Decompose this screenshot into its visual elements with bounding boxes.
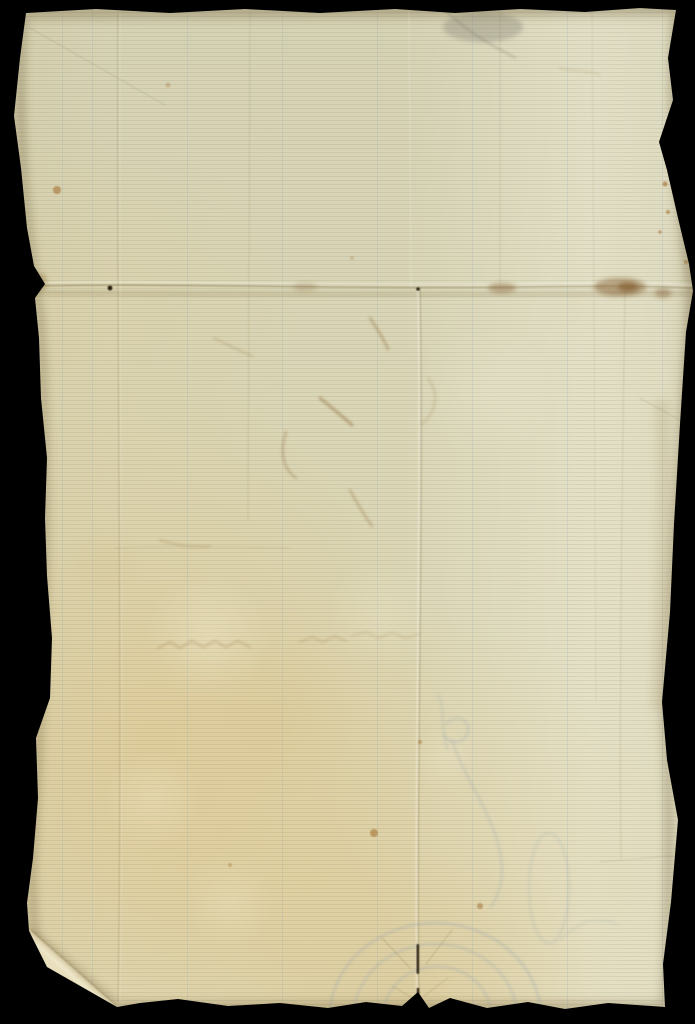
paper-sheet	[0, 0, 695, 1024]
scan-canvas	[0, 0, 695, 1024]
edge-vignette	[0, 0, 695, 1024]
